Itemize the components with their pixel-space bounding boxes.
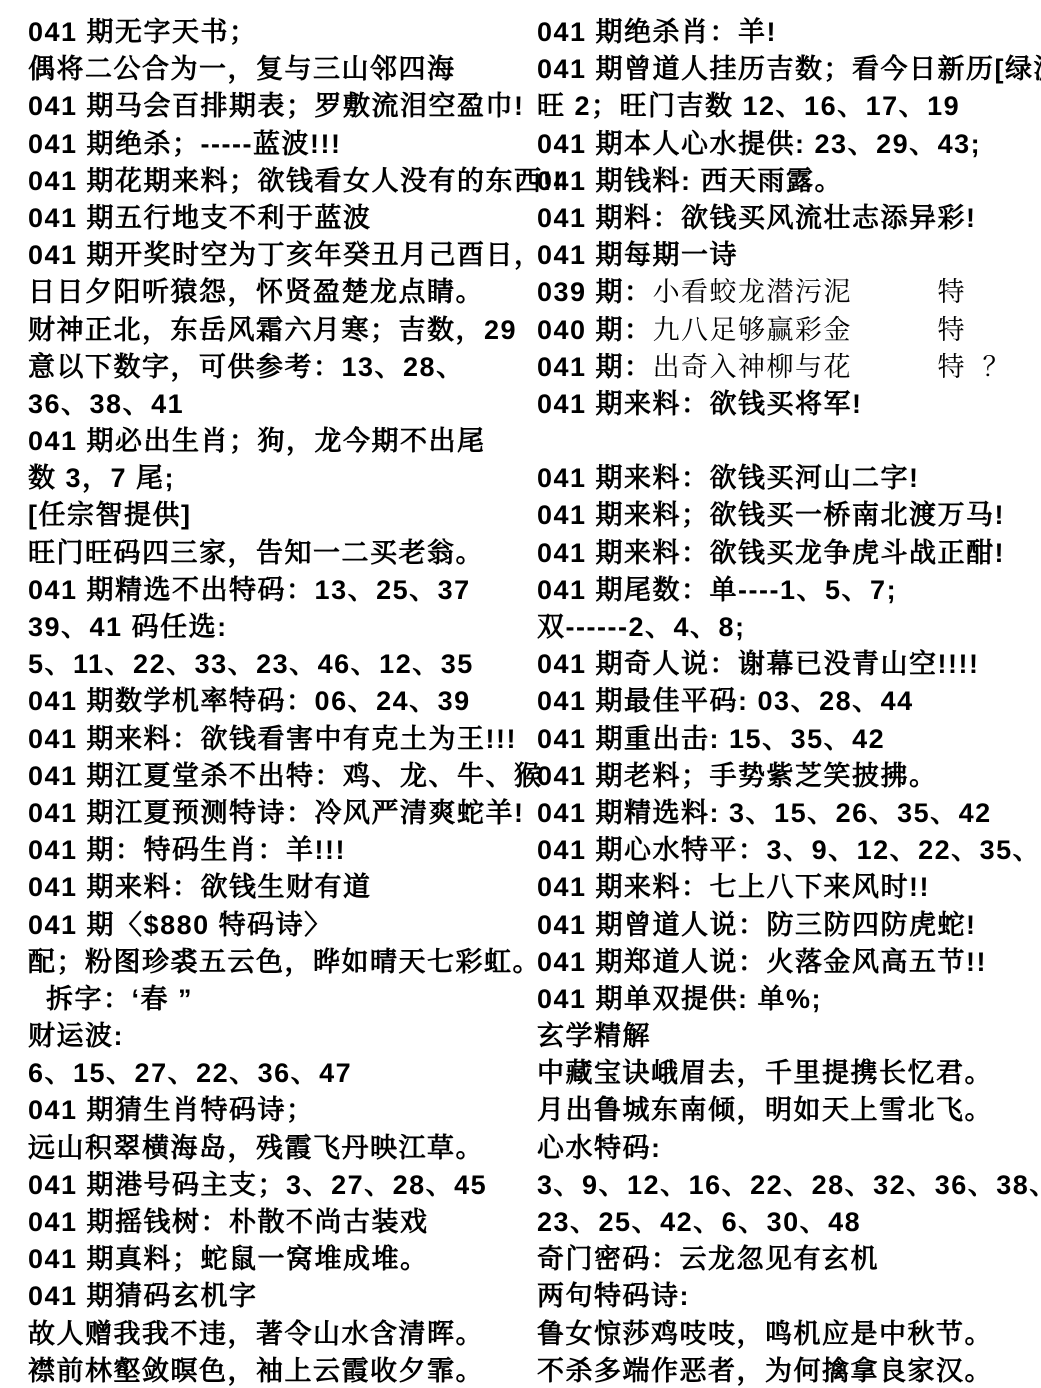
text-line: 故人赠我我不违，著令山水含清晖。 [28, 1316, 515, 1353]
text-line: 041 期精选不出特码：13、25、37 [28, 572, 515, 609]
text-line: 041 期单双提供: 单%; [537, 981, 1041, 1018]
text-line: 041 期猜生肖特码诗； [28, 1092, 515, 1129]
text-line: 财神正北，东岳风霜六月寒；吉数，29 [28, 312, 515, 349]
text-line: 041 期真料；蛇鼠一窝堆成堆。 [28, 1241, 515, 1278]
text-line: 041 期五行地支不利于蓝波 [28, 200, 515, 237]
text-line: 5、11、22、33、23、46、12、35 [28, 646, 515, 683]
text-line: 襟前林壑敛暝色，袖上云霞收夕霏。 [28, 1353, 515, 1388]
text-line: 041 期：特码生肖：羊!!! [28, 832, 515, 869]
text-line: 041 期必出生肖；狗，龙今期不出尾 [28, 423, 515, 460]
text-line: 配；粉图珍裘五云色，晔如晴天七彩虹。 [28, 944, 515, 981]
text-line: 旺 2；旺门吉数 12、16、17、19 [537, 88, 1041, 125]
text-line: 041 期摇钱树：朴散不尚古装戏 [28, 1204, 515, 1241]
text-line: 041 期郑道人说：火落金风高五节!! [537, 944, 1041, 981]
text-line: 041 期曾道人挂历吉数；看今日新历[绿波 [537, 51, 1041, 88]
text-line: 041 期绝杀；-----蓝波!!! [28, 126, 515, 163]
text-line: 041 期心水特平：3、9、12、22、35、44。 [537, 832, 1041, 869]
poem-line-prefix: 040 期： [537, 315, 653, 345]
text-line: 39、41 码任选: [28, 609, 515, 646]
text-line: 6、15、27、22、36、47 [28, 1055, 515, 1092]
text-line: 041 期曾道人说：防三防四防虎蛇! [537, 907, 1041, 944]
text-line: 041 期无字天书； [28, 14, 515, 51]
poem-line-body: 九八足够赢彩金 特 [653, 315, 967, 345]
text-line: 041 期钱料: 西天雨露。 [537, 163, 1041, 200]
text-line: 041 期数学机率特码：06、24、39 [28, 683, 515, 720]
text-line: 23、25、42、6、30、48 [537, 1204, 1041, 1241]
text-line: 041 期开奖时空为丁亥年癸丑月己酉日， [28, 237, 515, 274]
text-line: 041 期最佳平码: 03、28、44 [537, 683, 1041, 720]
text-line: 041 期重出击: 15、35、42 [537, 721, 1041, 758]
text-line: 041 期本人心水提供: 23、29、43; [537, 126, 1041, 163]
text-line: 041 期港号码主支；3、27、28、45 [28, 1167, 515, 1204]
blank-line [537, 423, 1041, 460]
text-line: 数 3，7 尾; [28, 460, 515, 497]
text-line: 玄学精解 [537, 1018, 1041, 1055]
text-line: 月出鲁城东南倾，明如天上雪北飞。 [537, 1092, 1041, 1129]
text-line: 041 期来料；欲钱买一桥南北渡万马! [537, 497, 1041, 534]
text-line: 040 期：九八足够赢彩金 特 [537, 312, 1041, 349]
text-line: 3、9、12、16、22、28、32、36、38、 [537, 1167, 1041, 1204]
text-line: 039 期：小看蛟龙潜污泥 特 [537, 274, 1041, 311]
document-page: 041 期无字天书；偶将二公合为一，复与三山邻四海041 期马会百排期表；罗敷流… [0, 0, 1041, 1388]
text-line: 041 期奇人说：谢幕已没青山空!!!! [537, 646, 1041, 683]
text-line: 财运波: [28, 1018, 515, 1055]
text-line: 041 期〈$880 特码诗〉 [28, 907, 515, 944]
text-line: 041 期：出奇入神柳与花 特 ？ [537, 349, 1041, 386]
text-line: 偶将二公合为一，复与三山邻四海 [28, 51, 515, 88]
text-line: 041 期马会百排期表；罗敷流泪空盈巾! [28, 88, 515, 125]
text-line: 041 期尾数：单----1、5、7; [537, 572, 1041, 609]
text-line: 旺门旺码四三家，告知一二买老翁。 [28, 535, 515, 572]
text-line: 041 期江夏预测特诗：冷风严清爽蛇羊! [28, 795, 515, 832]
text-line: 041 期花期来料；欲钱看女人没有的东西!! [28, 163, 515, 200]
text-line: 041 期来料：欲钱买龙争虎斗战正酣! [537, 535, 1041, 572]
text-line: 鲁女惊莎鸡吱吱，鸣机应是中秋节。 [537, 1316, 1041, 1353]
text-line: 041 期来料：欲钱生财有道 [28, 869, 515, 906]
text-line: 双------2、4、8; [537, 609, 1041, 646]
text-line: 不杀多端作恶者，为何擒拿良家汉。 [537, 1353, 1041, 1388]
text-line: 041 期绝杀肖：羊! [537, 14, 1041, 51]
poem-line-prefix: 041 期： [537, 352, 653, 382]
text-line: 041 期猜码玄机字 [28, 1278, 515, 1315]
text-line: 日日夕阳听猿怨，怀贤盈楚龙点睛。 [28, 274, 515, 311]
text-line: 拆字：‘春 ” [28, 981, 515, 1018]
text-line: 36、38、41 [28, 386, 515, 423]
right-text-column: 041 期绝杀肖：羊!041 期曾道人挂历吉数；看今日新历[绿波旺 2；旺门吉数… [515, 14, 1041, 1388]
poem-line-body: 出奇入神柳与花 特 ？ [653, 352, 1012, 382]
text-line: 心水特码: [537, 1130, 1041, 1167]
text-line: 041 期老料；手势紫芝笑披拂。 [537, 758, 1041, 795]
text-line: 远山积翠横海岛，残霞飞丹映江草。 [28, 1130, 515, 1167]
text-line: 041 期来料：欲钱买河山二字! [537, 460, 1041, 497]
left-text-column: 041 期无字天书；偶将二公合为一，复与三山邻四海041 期马会百排期表；罗敷流… [0, 14, 515, 1388]
text-line: 041 期每期一诗 [537, 237, 1041, 274]
text-line: 两句特码诗: [537, 1278, 1041, 1315]
text-line: 041 期料：欲钱买风流壮志添异彩! [537, 200, 1041, 237]
text-line: 041 期来料：七上八下来风时!! [537, 869, 1041, 906]
poem-line-prefix: 039 期： [537, 277, 653, 307]
text-line: 041 期来料：欲钱买将军! [537, 386, 1041, 423]
text-line: [任宗智提供] [28, 497, 515, 534]
text-line: 奇门密码：云龙忽见有玄机 [537, 1241, 1041, 1278]
text-line: 041 期精选料: 3、15、26、35、42 [537, 795, 1041, 832]
text-line: 041 期来料：欲钱看害中有克土为王!!! [28, 721, 515, 758]
text-line: 意以下数字，可供参考：13、28、 [28, 349, 515, 386]
text-line: 041 期江夏堂杀不出特：鸡、龙、牛、猴 [28, 758, 515, 795]
poem-line-body: 小看蛟龙潜污泥 特 [653, 277, 967, 307]
text-line: 中藏宝诀峨眉去，千里提携长忆君。 [537, 1055, 1041, 1092]
